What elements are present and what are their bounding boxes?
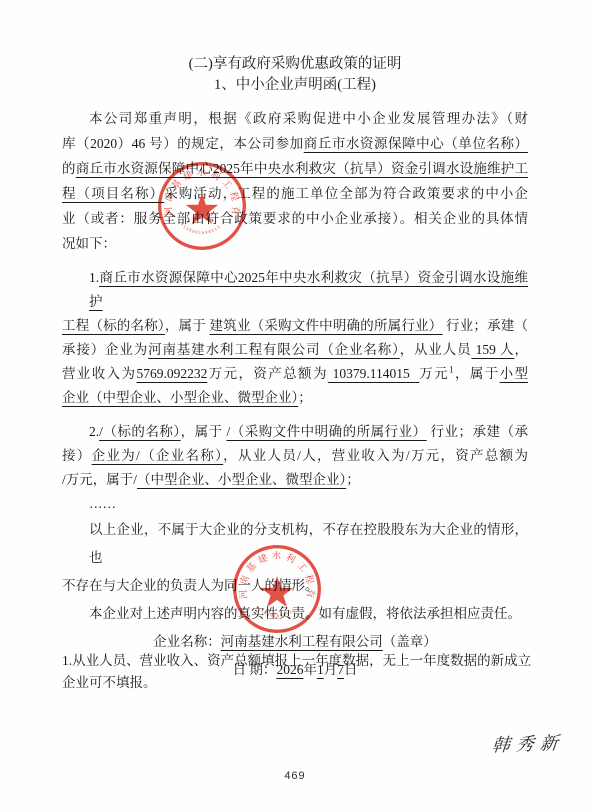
star-icon: [186, 193, 218, 224]
body-line: 工程（标的名称），属于 建筑业（采购文件中明确的所属行业） 行业；承建（: [62, 314, 528, 338]
body-line: 的商丘市水资源保障中心2025年中央水利救灾（抗旱）资金引调水设施维护工: [62, 156, 528, 181]
page-title: (二)享有政府采购优惠政策的证明: [62, 54, 528, 75]
underlined-text: 河南基建水利工程有限公司: [221, 634, 383, 649]
paragraph: 本公司郑重声明，根据《政府采购促进中小企业发展管理办法》（财库（2020）46 …: [62, 106, 528, 256]
text-run: 2.: [89, 424, 99, 439]
underlined-text: 工程（标的名称）: [62, 318, 165, 333]
body-line: 库（2020）46 号）的规定，本公司参加商丘市水资源保障中心（单位名称）: [62, 131, 528, 156]
page-subtitle: 1、中小企业声明函(工程): [62, 75, 528, 96]
text-run: 况如下：: [62, 236, 116, 251]
text-run: 1.: [89, 270, 99, 285]
text-run: 企业名称：: [153, 634, 221, 649]
text-run: 营业收入为: [62, 366, 136, 381]
body-line: 本公司郑重声明，根据《政府采购促进中小企业发展管理办法》（财: [62, 106, 528, 131]
text-run: 的: [62, 161, 76, 176]
underlined-text: （中型企业、小型企业、微型企业）: [137, 472, 346, 487]
text-run: 万元: [419, 366, 449, 381]
company-seal-stamp: 河南基建水利工程有限公司 4110001698513: [156, 160, 248, 252]
text-run: 接）: [62, 448, 92, 463]
underlined-text: /（采购文件中明确的所属行业）: [226, 424, 426, 439]
company-seal-stamp: 河南基建水利工程有限公司 4110001698513: [231, 543, 323, 635]
seal-serial-number: 4110001698513: [255, 605, 297, 619]
text-run: ，属于: [165, 318, 210, 333]
text-run: ；: [346, 472, 360, 487]
text-run: ……: [89, 496, 116, 511]
underlined-text: 程（项目名称）: [62, 186, 164, 201]
body-line: 1.商丘市水资源保障中心2025年中央水利救灾（抗旱）资金引调水设施维护: [62, 266, 528, 314]
body-line: 企业（中型企业、小型企业、微型企业）；: [62, 386, 528, 410]
text-run: 行业；承建（: [442, 318, 528, 333]
body-line: /万元，属于/（中型企业、小型企业、微型企业）；: [62, 468, 528, 492]
body-line: 程（项目名称）采购活动，工程的施工单位全部为符合政策要求的中小企: [62, 181, 528, 206]
text-run: 本公司郑重声明，根据《政府采购促进中小企业发展管理办法》（财: [89, 111, 528, 126]
text-run: ；: [298, 390, 312, 405]
body-line: 营业收入为5769.092232万元，资产总额为 10379.114015 万元…: [62, 362, 528, 386]
underlined-text: 小型: [500, 366, 528, 381]
paragraph: 2./（标的名称），属于 /（采购文件中明确的所属行业） 行业；承建（承接）企业…: [62, 420, 528, 492]
document-page: (二)享有政府采购优惠政策的证明 1、中小企业声明函(工程) 本公司郑重声明，根…: [0, 0, 590, 812]
body-line: 况如下：: [62, 231, 528, 256]
body-line: 承接）企业为河南基建水利工程有限公司（企业名称），从业人员 159 人，: [62, 338, 528, 362]
handwritten-signature: 韩秀新: [491, 729, 574, 758]
text-run: ，从业人员: [400, 342, 472, 357]
underlined-text: 企业（中型企业、小型企业、微型企业）: [62, 390, 298, 405]
text-run: ，属于: [454, 366, 500, 381]
paragraph: 1.商丘市水资源保障中心2025年中央水利救灾（抗旱）资金引调水设施维护工程（标…: [62, 266, 528, 410]
paragraph: ……: [62, 492, 528, 516]
text-run: （盖章）: [383, 634, 437, 649]
footnote: 1.从业人员、营业收入、资产总额填报上一年度数据，无上一年度数据的新成立 企业可…: [62, 650, 532, 694]
underlined-text: 159 人: [471, 342, 514, 357]
body-line: ……: [62, 492, 528, 516]
text-run: 库（2020）46 号）的规定，本公司参加: [62, 136, 304, 151]
seal-serial-number: 4110001698513: [180, 222, 222, 236]
text-run: 万元，资产总额为: [207, 366, 328, 381]
underlined-text: 建筑业（采购文件中明确的所属行业）: [210, 318, 443, 333]
star-icon: [261, 576, 293, 607]
text-run: 行业；承建（承: [427, 424, 528, 439]
underlined-text: 企业为/（企业名称）: [92, 448, 224, 463]
underlined-text: 商丘市水资源保障中心2025年中央水利救灾（抗旱）资金引调水设施维护工: [76, 161, 528, 176]
text-run: ，: [515, 342, 529, 357]
page-number: 469: [0, 770, 590, 782]
footnote-line: 企业可不填报。: [62, 672, 532, 694]
underlined-text: /（标的名称）: [99, 424, 180, 439]
text-run: 业（或者：服务全部由符合政策要求的中小企业承接）。相关企业的具体情: [62, 211, 528, 226]
body-line: 业（或者：服务全部由符合政策要求的中小企业承接）。相关企业的具体情: [62, 206, 528, 231]
svg-text:4110001698513: 4110001698513: [180, 222, 222, 236]
svg-text:4110001698513: 4110001698513: [255, 605, 297, 619]
text-run: 承接）企业为: [62, 342, 148, 357]
title-block: (二)享有政府采购优惠政策的证明 1、中小企业声明函(工程): [62, 54, 528, 96]
text-run: ，从业人员/人，营业收入为/万元，资产总额为: [223, 448, 528, 463]
underlined-text: 10379.114015: [328, 366, 419, 381]
underlined-text: 商丘市水资源保障中心（单位名称）: [304, 136, 528, 151]
underlined-text: 河南基建水利工程有限公司（企业名称）: [148, 342, 400, 357]
text-run: ，属于: [181, 424, 227, 439]
underlined-text: 5769.092232: [136, 366, 207, 381]
body-line: 2./（标的名称），属于 /（采购文件中明确的所属行业） 行业；承建（承: [62, 420, 528, 444]
footnote-line: 1.从业人员、营业收入、资产总额填报上一年度数据，无上一年度数据的新成立: [62, 650, 532, 672]
underlined-text: 商丘市水资源保障中心2025年中央水利救灾（抗旱）资金引调水设施维护: [89, 270, 528, 309]
text-run: /万元，属于/: [62, 472, 137, 487]
body-line: 接）企业为/（企业名称），从业人员/人，营业收入为/万元，资产总额为: [62, 444, 528, 468]
